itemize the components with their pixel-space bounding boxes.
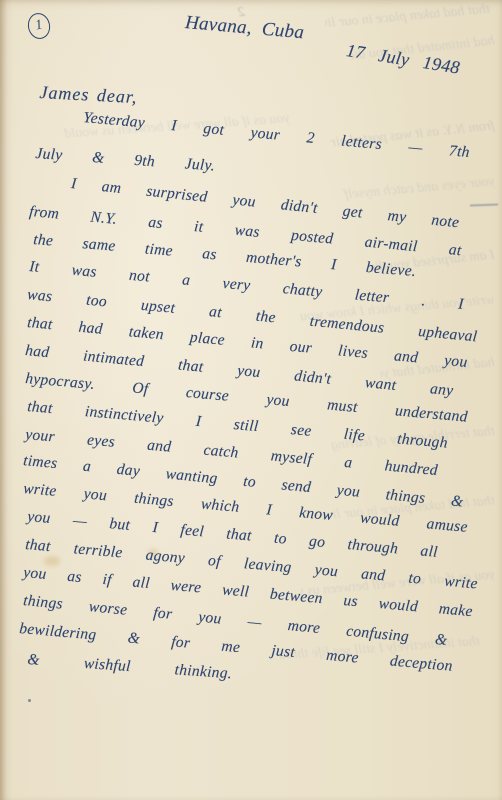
- ink-dot: [28, 699, 31, 702]
- salutation: James dear,: [39, 83, 138, 106]
- page-number: 1: [34, 17, 44, 34]
- bleed-through-text: your eyes and catch myself a hundred: [340, 175, 496, 202]
- body-line: & wishful thinking.: [27, 652, 233, 682]
- body-line: July & 9th July.: [35, 146, 216, 174]
- place-line: Havana, Cuba: [184, 13, 305, 42]
- paper-stain: [44, 556, 60, 566]
- bleed-through-text: that had taken place in our lives and yo…: [325, 3, 491, 31]
- bleed-through-dash: [470, 204, 498, 207]
- date-line: 17 July 1948: [345, 41, 461, 77]
- letter-paper: 2 that had taken place in our lives and …: [0, 0, 502, 800]
- page-number-marker: 1: [26, 11, 53, 41]
